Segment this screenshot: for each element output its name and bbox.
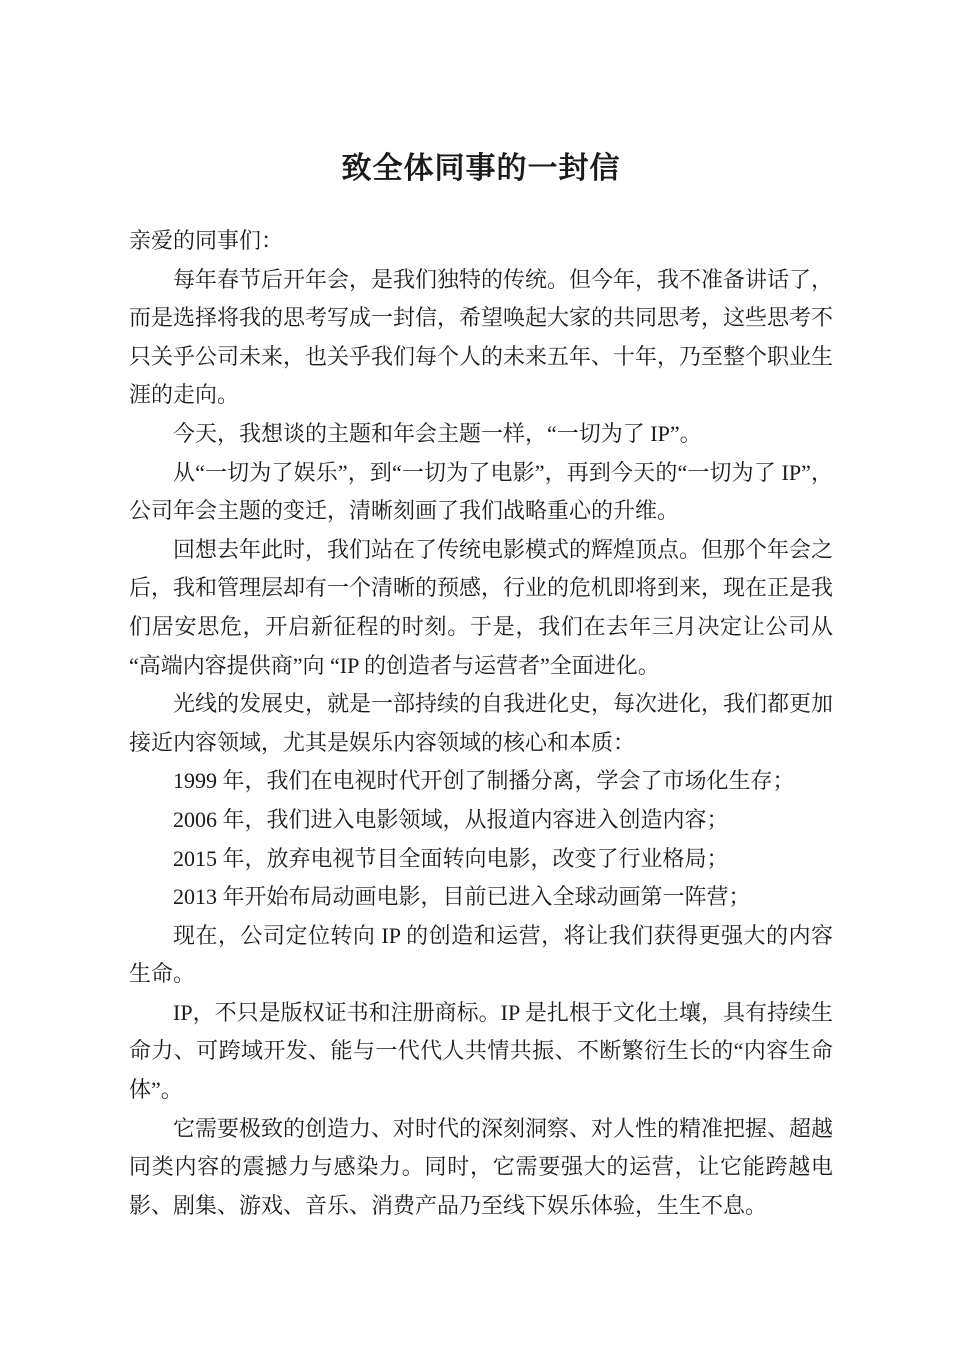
paragraph: 从“一切为了娱乐”，到“一切为了电影”，再到今天的“一切为了 IP”，公司年会主…	[129, 454, 833, 531]
paragraph: 1999 年，我们在电视时代开创了制播分离，学会了市场化生存；	[129, 762, 833, 801]
paragraph: IP，不只是版权证书和注册商标。IP 是扎根于文化土壤，具有持续生命力、可跨域开…	[129, 994, 833, 1110]
paragraph: 2015 年，放弃电视节目全面转向电影，改变了行业格局；	[129, 840, 833, 879]
paragraph: 2006 年，我们进入电影领域，从报道内容进入创造内容；	[129, 801, 833, 840]
salutation: 亲爱的同事们：	[129, 222, 833, 261]
paragraph: 现在，公司定位转向 IP 的创造和运营，将让我们获得更强大的内容生命。	[129, 917, 833, 994]
letter-page: 致全体同事的一封信 亲爱的同事们： 每年春节后开年会，是我们独特的传统。但今年，…	[0, 0, 960, 1358]
paragraph: 每年春节后开年会，是我们独特的传统。但今年，我不准备讲话了，而是选择将我的思考写…	[129, 261, 833, 415]
paragraph: 今天，我想谈的主题和年会主题一样，“一切为了 IP”。	[129, 415, 833, 454]
letter-body: 亲爱的同事们： 每年春节后开年会，是我们独特的传统。但今年，我不准备讲话了，而是…	[129, 222, 833, 1225]
paragraph: 光线的发展史，就是一部持续的自我进化史，每次进化，我们都更加接近内容领域，尤其是…	[129, 685, 833, 762]
letter-title: 致全体同事的一封信	[129, 148, 833, 190]
paragraph: 2013 年开始布局动画电影，目前已进入全球动画第一阵营；	[129, 878, 833, 917]
paragraph: 回想去年此时，我们站在了传统电影模式的辉煌顶点。但那个年会之后，我和管理层却有一…	[129, 531, 833, 685]
paragraph: 它需要极致的创造力、对时代的深刻洞察、对人性的精准把握、超越同类内容的震撼力与感…	[129, 1110, 833, 1226]
letter-content: 致全体同事的一封信 亲爱的同事们： 每年春节后开年会，是我们独特的传统。但今年，…	[0, 0, 960, 1225]
